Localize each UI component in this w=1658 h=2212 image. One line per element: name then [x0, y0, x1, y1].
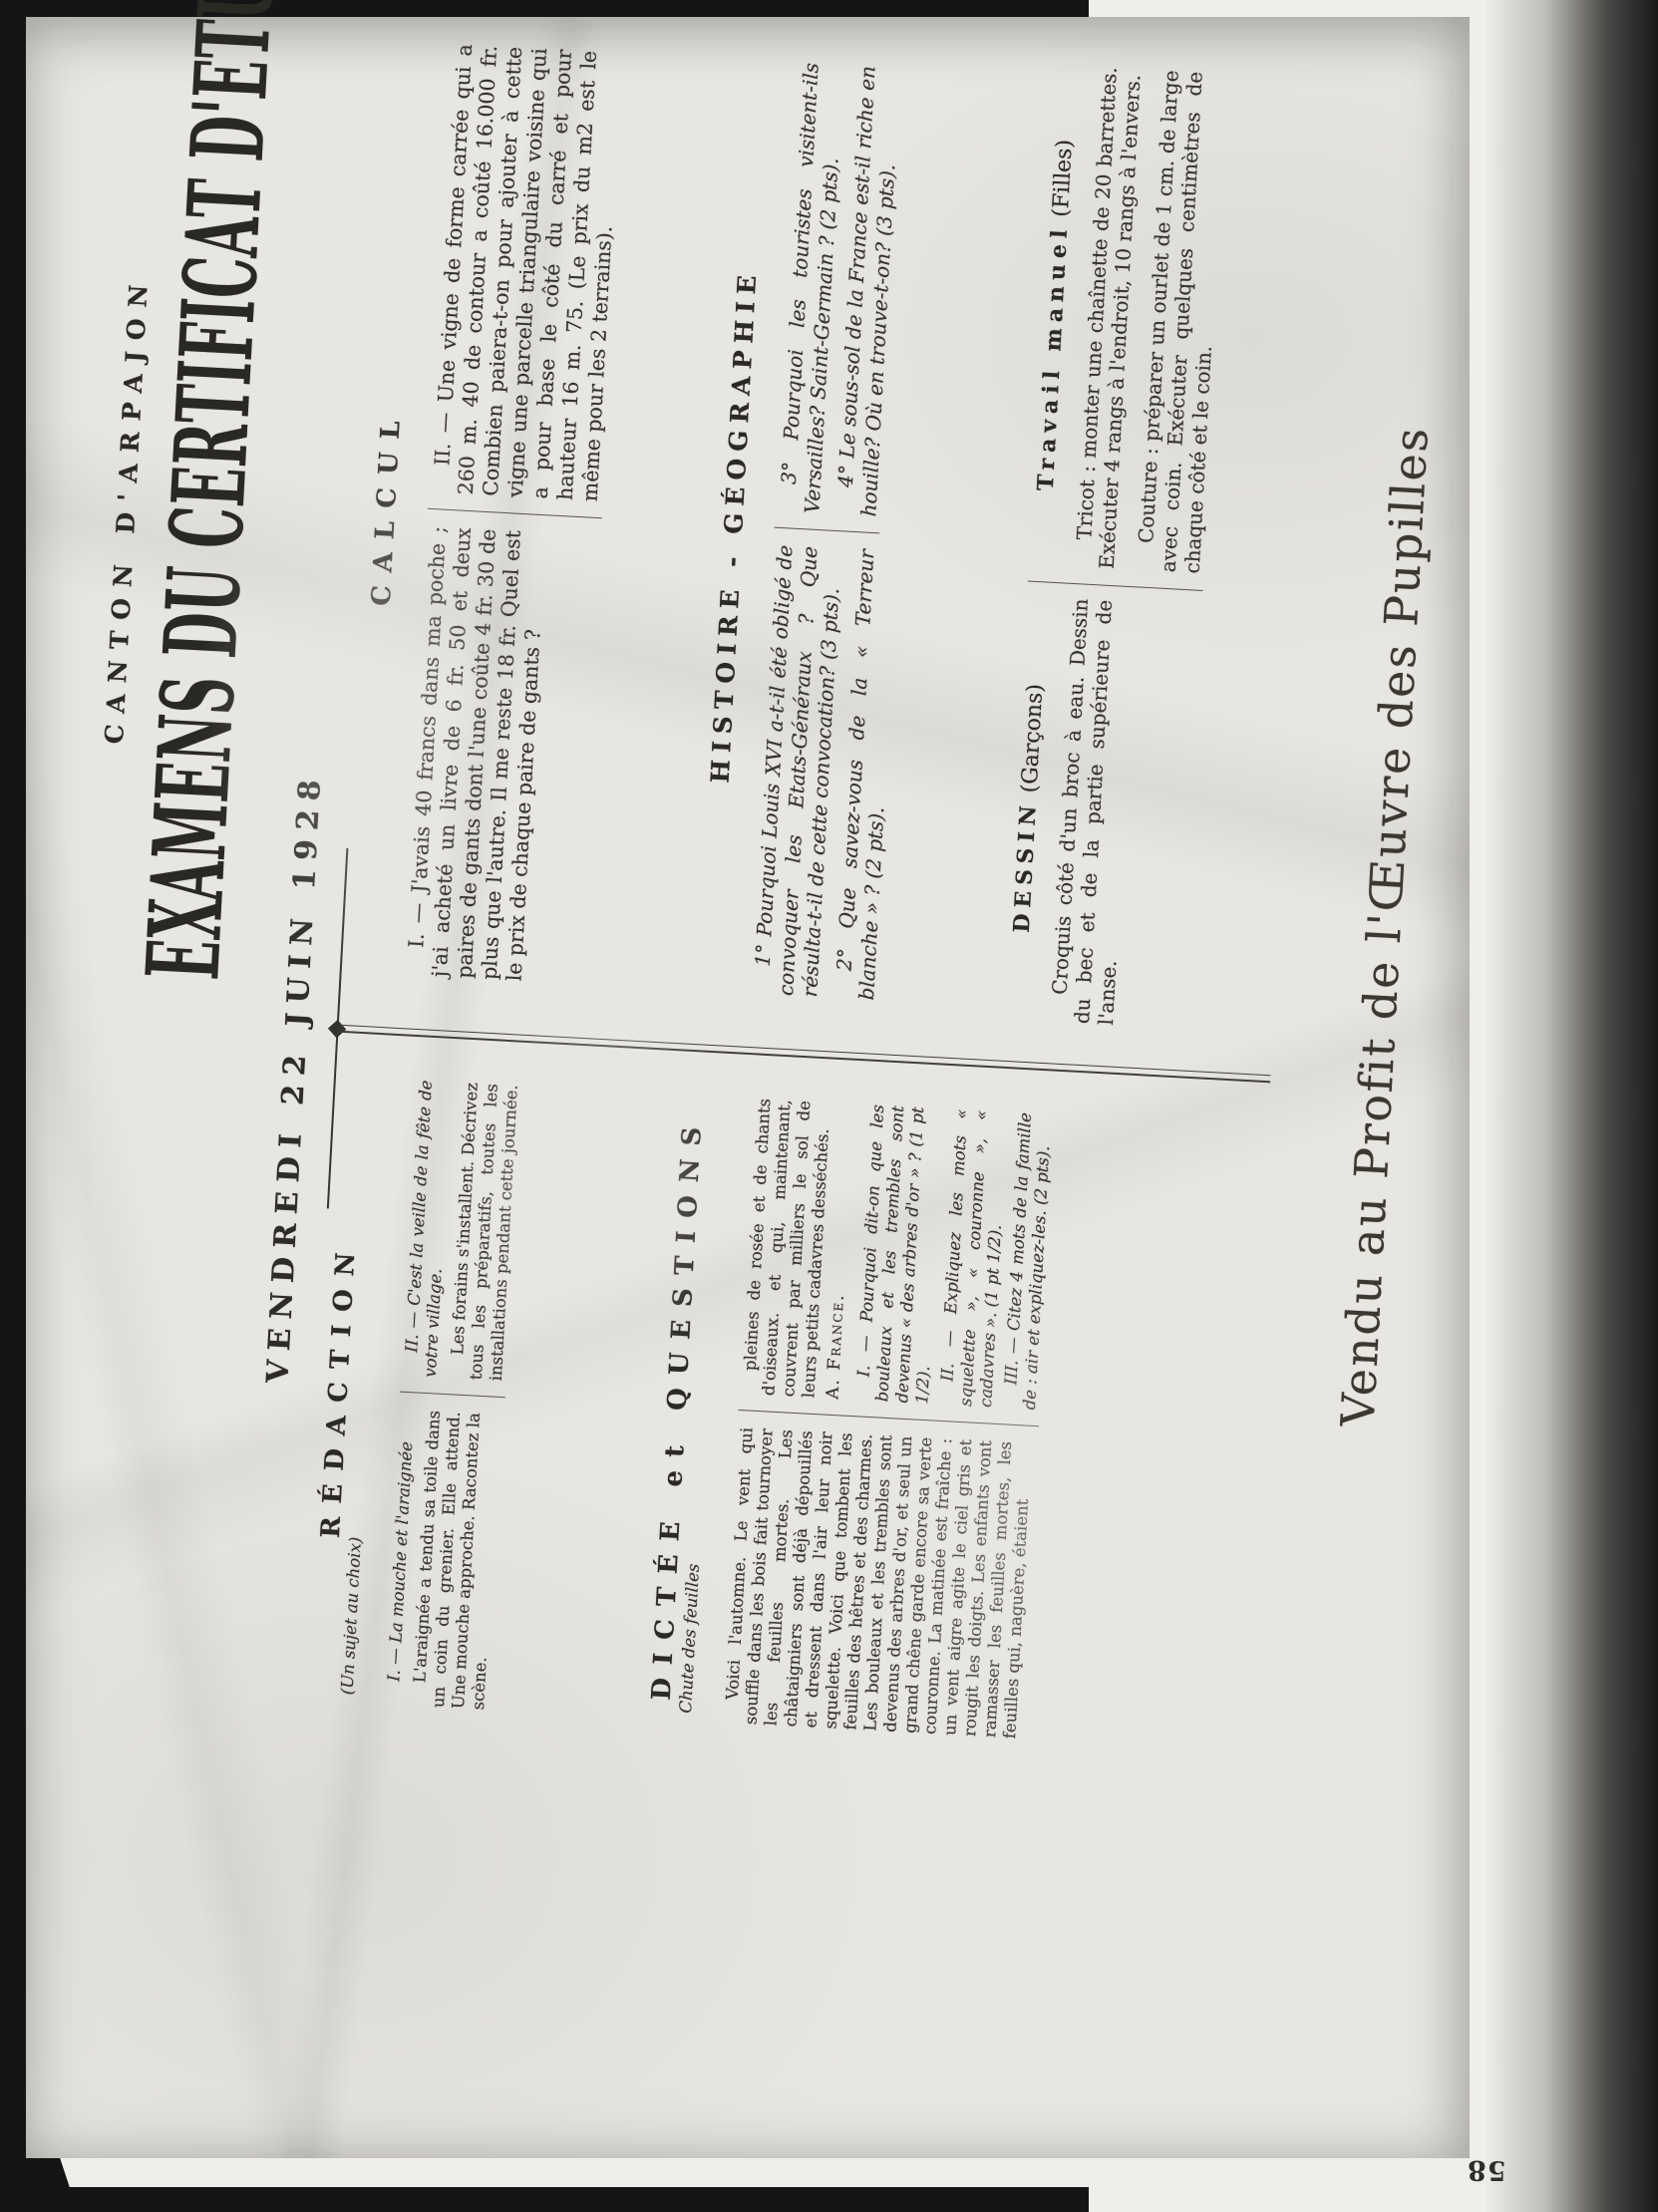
travail-tricot: Tricot : monter une chaînette de 20 barr…	[1070, 66, 1145, 569]
histoire-questions-right: 3° Pourquoi les touristes visitent-ils V…	[774, 46, 905, 534]
exam-document-content: CANTON D'ARPAJON EXAMENS DU CERTIFICAT D…	[0, 0, 1526, 2196]
histoire-questions-left: 1° Pourquoi Louis XVI a-t-il été obligé …	[748, 528, 903, 1017]
section-dessin-travail: DESSIN (Garçons) Croquis côté d'un broc …	[1003, 60, 1230, 1033]
histoire-questions: 1° Pourquoi Louis XVI a-t-il été obligé …	[748, 46, 930, 1017]
section-dessin: DESSIN (Garçons) Croquis côté d'un broc …	[1003, 582, 1141, 1030]
dictee-question-1: I. — Pourquoi dit-on que les bouleaux et…	[852, 1105, 948, 1405]
histoire-question-1: 1° Pourquoi Louis XVI a-t-il été obligé …	[749, 544, 846, 998]
dictee-question-2: II. — Expliquez les mots « squelette », …	[936, 1108, 1012, 1408]
travail-heading: Travail manuel	[1032, 223, 1072, 491]
dessin-heading-suffix: (Garçons)	[1017, 683, 1048, 793]
scan-border-bottom	[0, 2187, 1089, 2212]
redaction-subject-1: I. — La mouche et l'araignée L'araignée …	[382, 1393, 505, 1727]
charity-footer: Vendu au Profit de l'Œuvre des Pupilles	[1312, 79, 1458, 1773]
exam-document-rotated: CANTON D'ARPAJON EXAMENS DU CERTIFICAT D…	[26, 17, 1470, 2158]
calcul-problem-2-text: II. — Une vigne de forme carrée qui a 26…	[429, 43, 627, 501]
redaction-subjects: I. — La mouche et l'araignée L'araignée …	[382, 1064, 523, 1727]
subject-1-body: L'araignée a tendu sa toile dans un coin…	[409, 1410, 504, 1710]
section-travail-manuel: Travail manuel (Filles) Tricot : monter …	[1027, 60, 1230, 591]
travail-couture: Couture : préparer un ourlet de 1 cm. de…	[1132, 70, 1230, 574]
section-redaction: RÉDACTION (Un sujet au choix) I. — La mo…	[306, 1060, 522, 1727]
redaction-subject-2: II. — C'est la veille de la fête de votr…	[400, 1064, 523, 1399]
calcul-problem-1-text: I. — J'avais 40 francs dans ma poche ; j…	[403, 525, 551, 982]
dessin-heading-line: DESSIN (Garçons)	[1004, 595, 1053, 1021]
book-page-number: 58	[1467, 2156, 1506, 2183]
calcul-problem-1: I. — J'avais 40 francs dans ma poche ; j…	[402, 509, 552, 998]
dictee-body-1: Voici l'automne. Le vent qui souffle dan…	[721, 1426, 1036, 1738]
calcul-problem-2: II. — Une vigne de forme carrée qui a 26…	[428, 27, 628, 518]
dictee-text-column: Voici l'automne. Le vent qui souffle dan…	[721, 1411, 1037, 1754]
dessin-body: Croquis côté d'un broc à eau. Dessin du …	[1046, 598, 1141, 1026]
dictee-columns: Voici l'automne. Le vent qui souffle dan…	[721, 1082, 1057, 1754]
dessin-heading: DESSIN	[1008, 799, 1041, 934]
travail-heading-suffix: (Filles)	[1048, 139, 1077, 217]
section-histoire-geographie: HISTOIRE - GÉOGRAPHIE 1° Pourquoi Louis …	[693, 43, 930, 1017]
dictee-questions-column: pleines de rosée et de chants d'oiseaux.…	[738, 1082, 1056, 1426]
calcul-problems: I. — J'avais 40 francs dans ma poche ; j…	[402, 27, 628, 1000]
exam-paper-sheet: CANTON D'ARPAJON EXAMENS DU CERTIFICAT D…	[26, 17, 1470, 2158]
dictee-body-2: pleines de rosée et de chants d'oiseaux.…	[739, 1098, 834, 1398]
right-column: CALCUL I. — J'avais 40 francs dans ma po…	[346, 24, 1231, 1033]
section-calcul: CALCUL I. — J'avais 40 francs dans ma po…	[346, 24, 628, 1000]
left-column: RÉDACTION (Un sujet au choix) I. — La mo…	[306, 1060, 1057, 1755]
subject-2-body: Les forains s'installent. Décrivez tous …	[447, 1083, 522, 1382]
section-dictee: DICTÉE et QUESTIONS Chute des feuilles V…	[645, 1078, 1057, 1754]
